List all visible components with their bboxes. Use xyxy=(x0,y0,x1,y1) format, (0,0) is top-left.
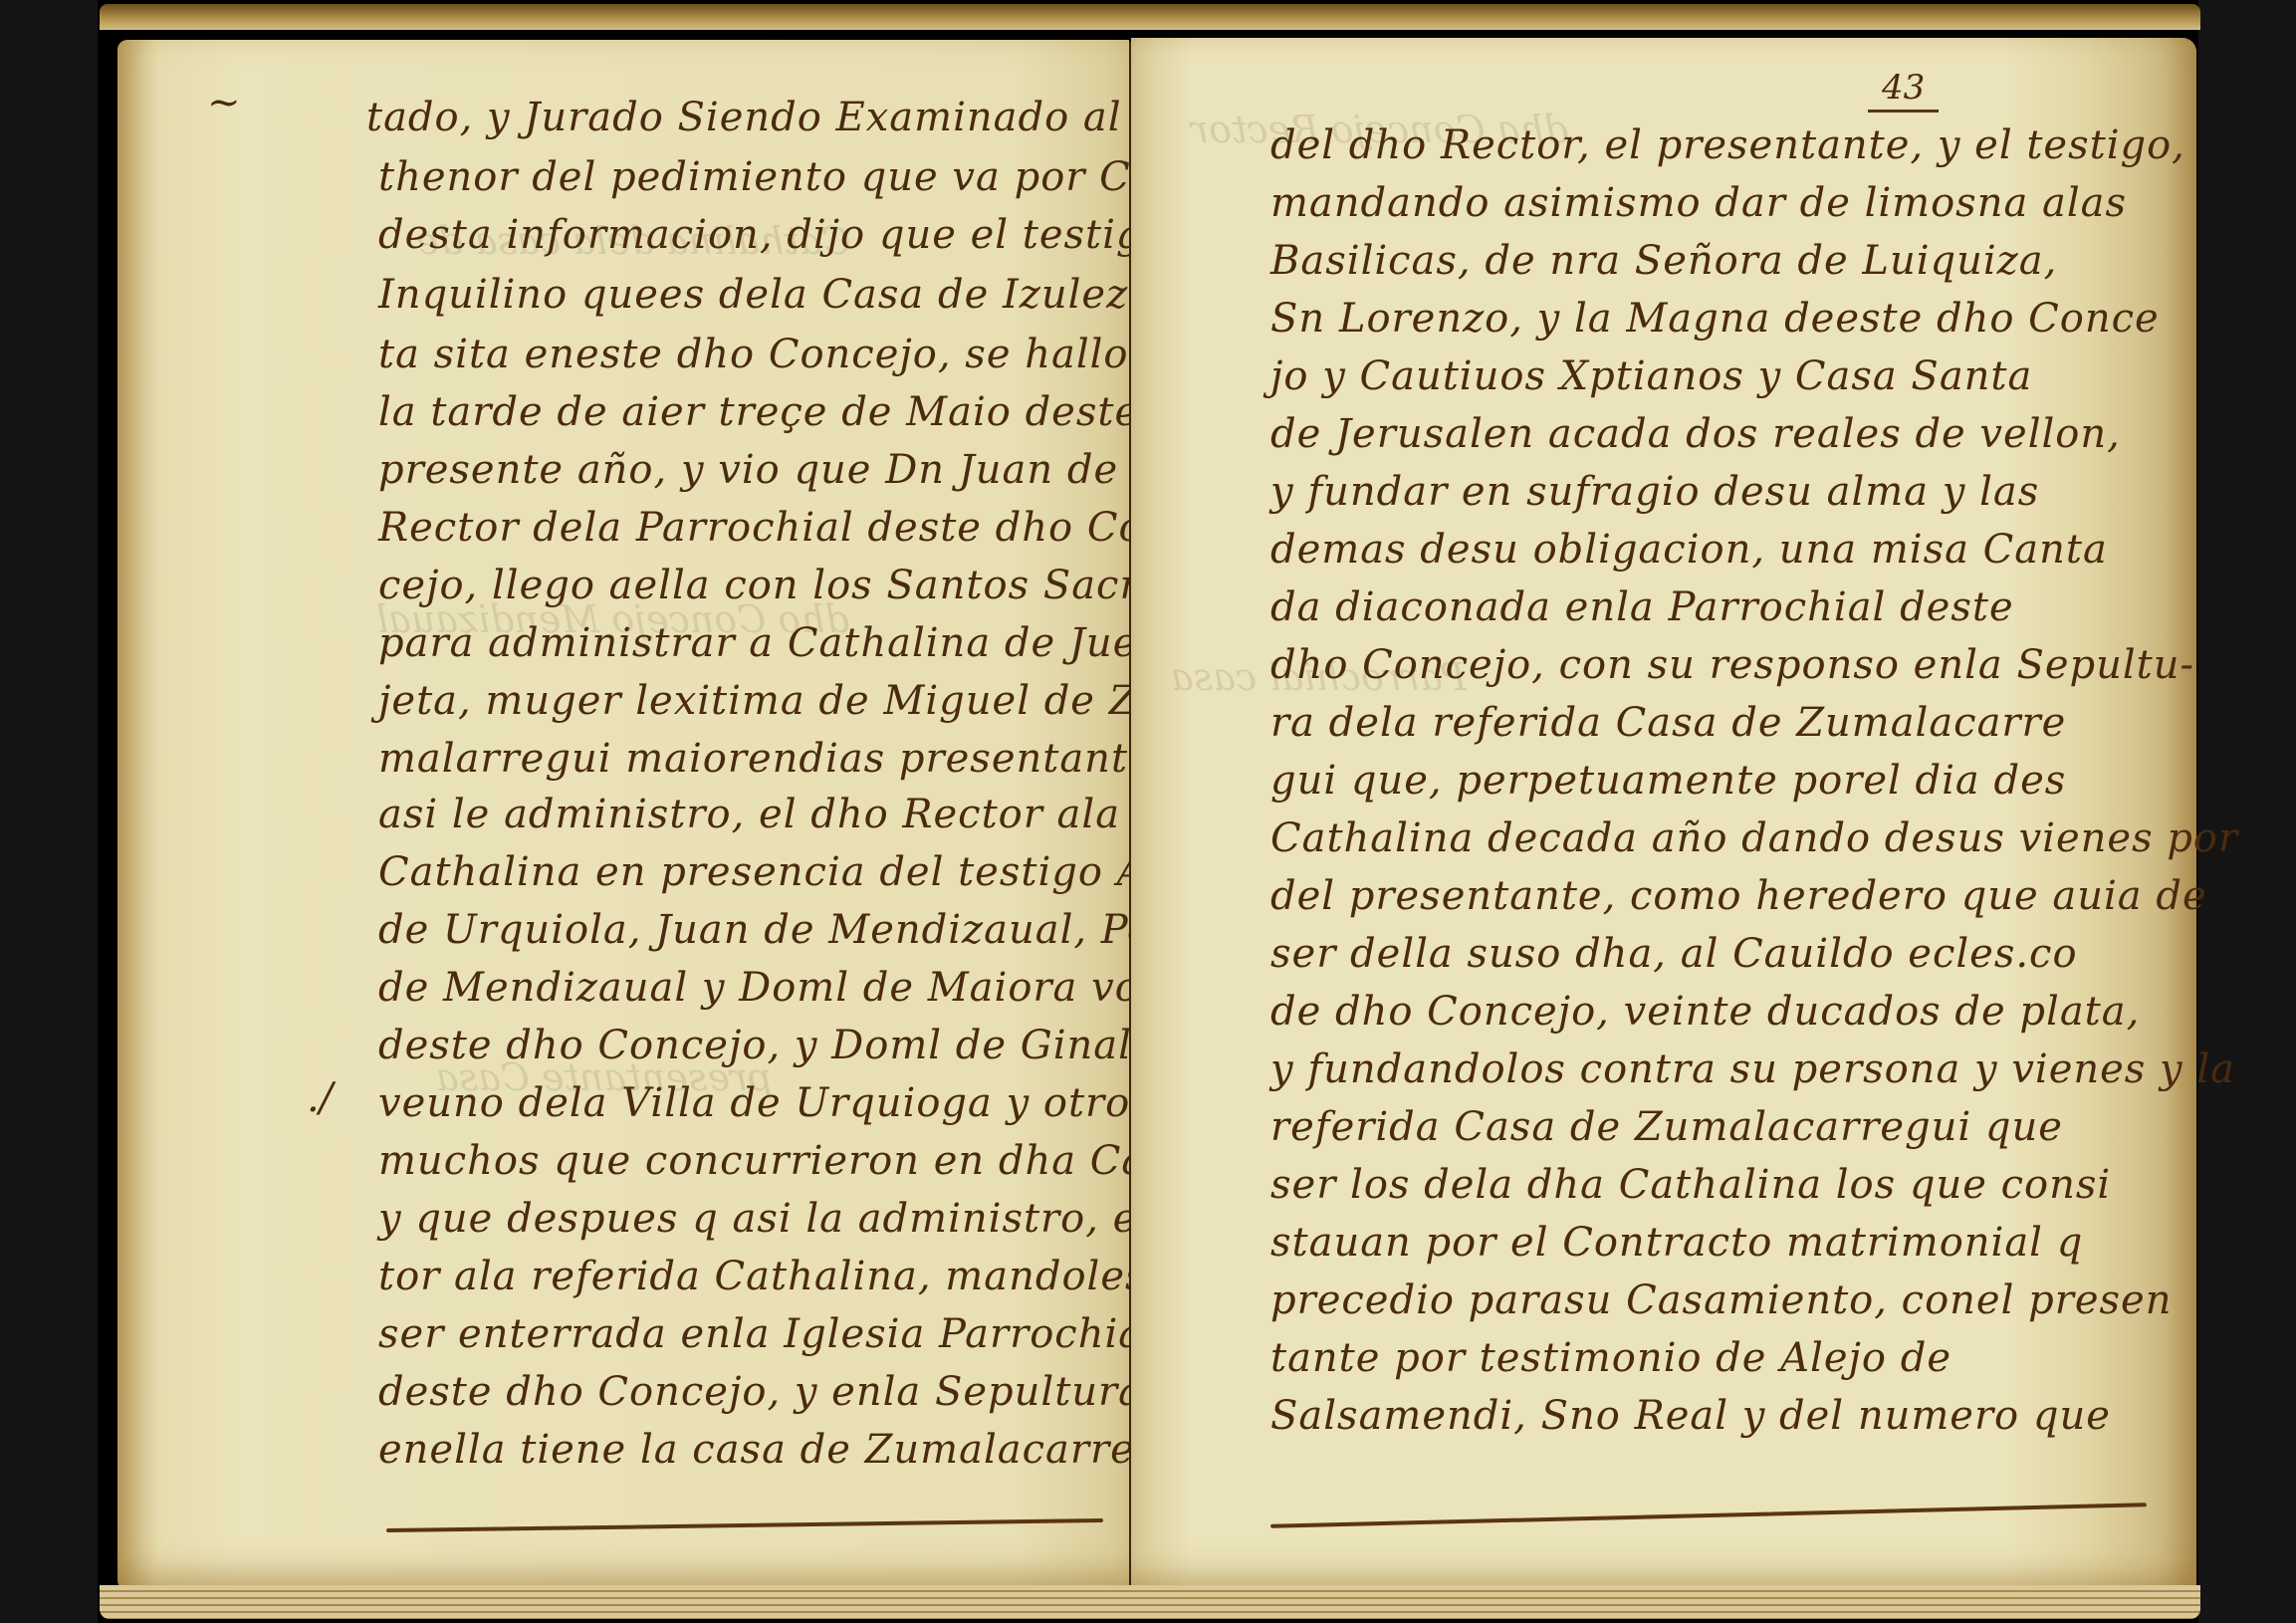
text-line: asi le administro, el dho Rector ala dha xyxy=(378,795,1212,834)
text-line: la tarde de aier treçe de Maio deste xyxy=(378,392,1139,432)
text-line: Salsamendi, Sno Real y del numero que xyxy=(1270,1396,2111,1436)
text-line: Cathalina decada año dando desus vienes … xyxy=(1270,818,2238,858)
book-bottom-edge xyxy=(100,1585,2200,1619)
text-line: tado, y Jurado Siendo Examinado al xyxy=(366,98,1122,137)
text-line: malarregui maiorendias presentante y xyxy=(378,739,1190,779)
text-line: del presentante, como heredero que auia … xyxy=(1270,876,2207,916)
text-line: thenor del pedimiento que va por Cauera xyxy=(378,157,1252,197)
text-line: de Mendizaual y Doml de Maiora vos xyxy=(378,968,1161,1008)
book-top-edge xyxy=(100,4,2200,30)
text-line: Inquilino quees dela Casa de Izulezauale xyxy=(378,275,1243,315)
text-line: demas desu obligacion, una misa Canta xyxy=(1270,530,2108,570)
text-line: Sn Lorenzo, y la Magna deeste dho Conce xyxy=(1270,299,2160,339)
text-line: para administrar a Cathalina de Juere xyxy=(378,623,1182,663)
text-line: de Jerusalen acada dos reales de vellon, xyxy=(1270,414,2121,454)
left-page: Cathalina dela casa de dho Concejo Mendi… xyxy=(117,40,1129,1593)
right-dark-strip xyxy=(2198,0,2296,1623)
text-line: dho Concejo, con su responso enla Sepult… xyxy=(1270,645,2194,685)
text-line: referida Casa de Zumalacarregui que xyxy=(1270,1107,2063,1147)
text-line: del dho Rector, el presentante, y el tes… xyxy=(1270,125,2185,165)
text-line: y fundar en sufragio desu alma y las xyxy=(1270,472,2039,512)
text-line: tor ala referida Cathalina, mandolesta xyxy=(378,1257,1188,1296)
right-page: dha Concejo Rector Parrochial casa 43 de… xyxy=(1131,38,2196,1596)
text-line: ra dela referida Casa de Zumalacarre xyxy=(1270,703,2066,743)
text-line: mandando asimismo dar de limosna alas xyxy=(1270,183,2127,223)
text-line: y fundandolos contra su persona y vienes… xyxy=(1270,1049,2235,1089)
text-line: Rector dela Parrochial deste dho Con xyxy=(378,508,1170,548)
open-book: Cathalina dela casa de dho Concejo Mendi… xyxy=(100,18,2200,1603)
text-line: stauan por el Contracto matrimonial q xyxy=(1270,1223,2083,1263)
text-line: ser los dela dha Cathalina los que consi xyxy=(1270,1165,2111,1205)
left-page-text: tado, y Jurado Siendo Examinado al theno… xyxy=(117,40,1129,1593)
text-line: de Urquiola, Juan de Mendizaual, Pedro xyxy=(378,910,1223,950)
text-line: ser enterrada enla Iglesia Parrochial xyxy=(378,1314,1157,1354)
text-line: jo y Cautiuos Xptianos y Casa Santa xyxy=(1270,356,2032,396)
text-line: ser della suso dha, al Cauildo ecles.co xyxy=(1270,934,2078,974)
text-line: veuno dela Villa de Urquioga y otros - xyxy=(378,1083,1180,1123)
right-page-text: del dho Rector, el presentante, y el tes… xyxy=(1131,38,2196,1596)
text-line: jeta, muger lexitima de Miguel de Zu xyxy=(378,681,1164,721)
text-line: de dho Concejo, veinte ducados de plata, xyxy=(1270,992,2140,1032)
text-line: da diaconada enla Parrochial deste xyxy=(1270,587,2014,627)
text-line: deste dho Concejo, y enla Sepultura q xyxy=(378,1372,1183,1412)
text-line: gui que, perpetuamente porel dia des xyxy=(1270,761,2066,801)
text-line: muchos que concurrieron en dha Casa xyxy=(378,1141,1193,1181)
left-dark-strip xyxy=(0,0,98,1623)
text-line: enella tiene la casa de Zumalacarregui xyxy=(378,1430,1202,1470)
text-line: Basilicas, de nra Señora de Luiquiza, xyxy=(1270,241,2057,281)
text-line: tante por testimonio de Alejo de xyxy=(1270,1338,1952,1378)
text-line: precedio parasu Casamiento, conel presen xyxy=(1270,1280,2172,1320)
text-line: deste dho Concejo, y Doml de Ginalde xyxy=(378,1026,1183,1065)
